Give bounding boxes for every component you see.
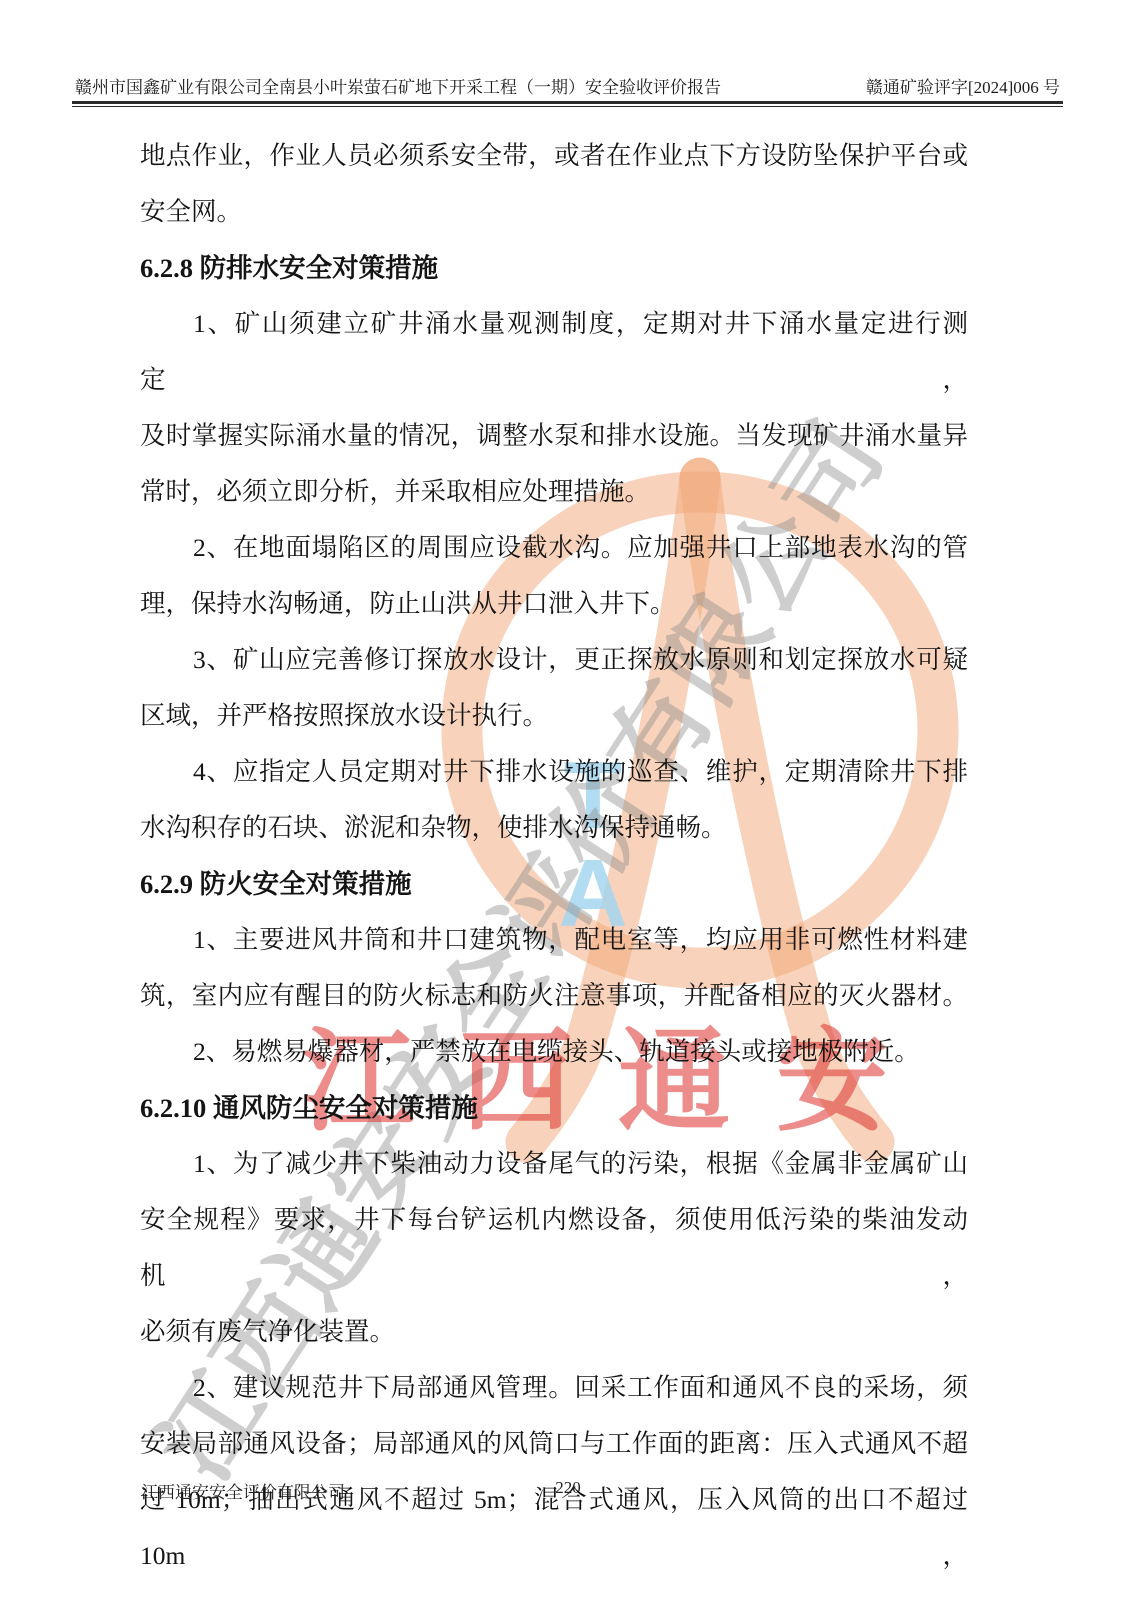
- body-line: 1、主要进风井筒和井口建筑物，配电室等，均应用非可燃性材料建: [140, 912, 968, 968]
- content-layer: 赣州市国鑫矿业有限公司全南县小叶岽萤石矿地下开采工程（一期）安全验收评价报告 赣…: [0, 0, 1131, 1600]
- body-line: 1、矿山须建立矿井涌水量观测制度，定期对井下涌水量定进行测定，: [140, 296, 968, 408]
- body-line: 区域，并严格按照探放水设计执行。: [140, 688, 968, 744]
- body-line: 安全规程》要求，井下每台铲运机内燃设备，须使用低污染的柴油发动机，: [140, 1192, 968, 1304]
- body-line: 地点作业，作业人员必须系安全带，或者在作业点下方设防坠保护平台或: [140, 128, 968, 184]
- header-report-title: 赣州市国鑫矿业有限公司全南县小叶岽萤石矿地下开采工程（一期）安全验收评价报告: [75, 78, 721, 98]
- document-body: 地点作业，作业人员必须系安全带，或者在作业点下方设防坠保护平台或安全网。6.2.…: [140, 128, 968, 1584]
- header-doc-number: 赣通矿验评字[2024]006 号: [866, 78, 1060, 98]
- body-line: 2、在地面塌陷区的周围应设截水沟。应加强井口上部地表水沟的管: [140, 520, 968, 576]
- section-heading: 6.2.9 防火安全对策措施: [140, 856, 968, 912]
- body-line: 筑，室内应有醒目的防火标志和防火注意事项，并配备相应的灭火器材。: [140, 968, 968, 1024]
- section-heading: 6.2.8 防排水安全对策措施: [140, 240, 968, 296]
- body-line: 水沟积存的石块、淤泥和杂物，使排水沟保持通畅。: [140, 800, 968, 856]
- header-rule: [72, 101, 1063, 107]
- body-line: 常时，必须立即分析，并采取相应处理措施。: [140, 464, 968, 520]
- body-line: 3、矿山应完善修订探放水设计，更正探放水原则和划定探放水可疑: [140, 632, 968, 688]
- body-line: 安装局部通风设备；局部通风的风筒口与工作面的距离：压入式通风不超: [140, 1416, 968, 1472]
- body-line: 2、建议规范井下局部通风管理。回采工作面和通风不良的采场，须: [140, 1360, 968, 1416]
- page-header: 赣州市国鑫矿业有限公司全南县小叶岽萤石矿地下开采工程（一期）安全验收评价报告 赣…: [75, 78, 1060, 98]
- body-line: 1、为了减少井下柴油动力设备尾气的污染，根据《金属非金属矿山: [140, 1136, 968, 1192]
- footer-company: 江西通安安全评价有限公司: [141, 1478, 345, 1503]
- section-heading: 6.2.10 通风防尘安全对策措施: [140, 1080, 968, 1136]
- body-line: 安全网。: [140, 184, 968, 240]
- body-line: 4、应指定人员定期对井下排水设施的巡查、维护，定期清除井下排: [140, 744, 968, 800]
- document-page: T A 江西通安安全评价有限公司 江西通安 赣州市国鑫矿业有限公司全南县小叶岽萤…: [0, 0, 1131, 1600]
- footer-page-number: 220: [538, 1478, 598, 1498]
- body-line: 2、易燃易爆器材，严禁放在电缆接头、轨道接头或接地极附近。: [140, 1024, 968, 1080]
- body-line: 理，保持水沟畅通，防止山洪从井口泄入井下。: [140, 576, 968, 632]
- body-line: 必须有废气净化装置。: [140, 1304, 968, 1360]
- body-line: 及时掌握实际涌水量的情况，调整水泵和排水设施。当发现矿井涌水量异: [140, 408, 968, 464]
